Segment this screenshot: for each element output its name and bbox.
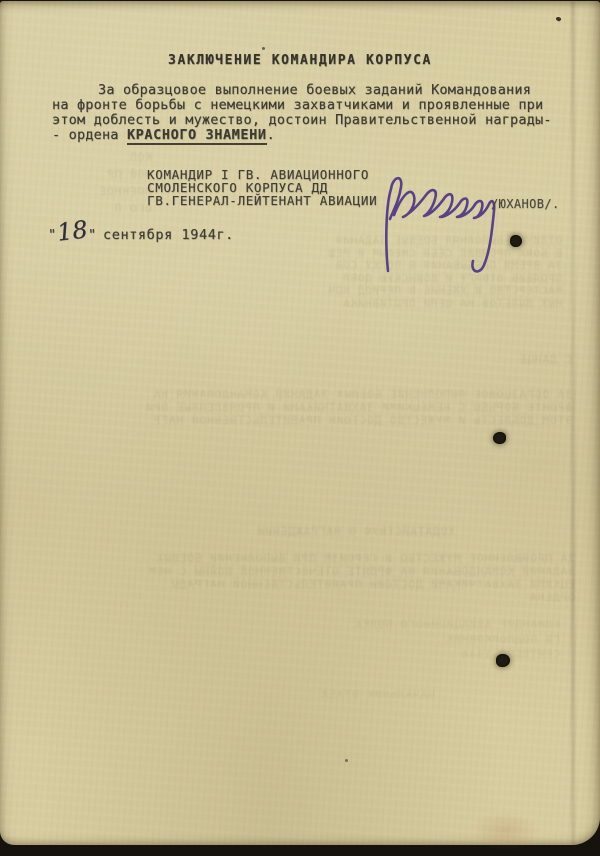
handwritten-day: 18: [55, 215, 89, 247]
citation-line-award: - ордена КРАСНОГО ЗНАМЕНИ.: [52, 128, 567, 143]
citation-line: на фронте борьбы с немецкими захватчикам…: [52, 98, 567, 113]
award-prefix: - ордена: [52, 127, 127, 143]
date-line: " 18 " сентября 1944г.: [48, 223, 268, 257]
handwritten-signature: [378, 159, 508, 299]
rust-stain: [470, 811, 540, 851]
scan-background: { "doc": { "title": "ЗАКЛЮЧЕНИЕ КОМАНДИР…: [0, 0, 600, 856]
bleedthrough-text: НАЧАЛЬНИК ШТАБА: [225, 689, 435, 702]
typed-date: сентября 1944г.: [103, 227, 234, 243]
document-title: ЗАКЛЮЧЕНИЕ КОМАНДИРА КОРПУСА: [0, 53, 600, 68]
bleedthrough-text: С ДАНЦЕЗА ОБРАЗЦОВОЕ ВЫПОЛНЕНИЕ БОЕВЫХ З…: [30, 353, 572, 427]
punch-hole: [496, 654, 510, 667]
open-quote: ": [48, 227, 56, 243]
award-name-underlined: КРАСНОГО ЗНАМЕНИ: [127, 127, 267, 145]
award-suffix: .: [267, 127, 275, 143]
citation-line: этом доблесть и мужество, достоин Правит…: [52, 113, 567, 128]
citation-line: За образцовое выполнение боевых заданий …: [52, 83, 567, 98]
citation-paragraph: За образцовое выполнение боевых заданий …: [52, 83, 567, 143]
signer-name: /ЮХАНОВ/.: [491, 197, 560, 211]
close-quote: ": [88, 227, 96, 243]
commander-line: ГВ.ГЕНЕРАЛ-ЛЕЙТЕНАНТ АВИАЦИИ: [147, 194, 377, 207]
bleedthrough-text: КОМАНДИР АВИАЦИОННОГО ПОЛКАГВ ПОДПОЛКОВН…: [225, 617, 560, 662]
punch-hole: [510, 235, 522, 247]
paper-crease: [571, 1, 575, 845]
punch-hole: [493, 432, 506, 444]
bleedthrough-text: КОПНОЙ ПР ВОЕННОЕОГО П: [2, 149, 152, 217]
bleedthrough-text: ХОДАТАЙСТВУЮ О НАГРАЖДЕНИИЗА ПРОЯВЛЕННОЕ…: [55, 525, 575, 604]
commander-title-block: КОМАНДИР I ГВ. АВИАЦИОННОГО СМОЛЕНСКОГО …: [147, 168, 377, 207]
document-page: КОПНОЙ ПР ВОЕННОЕОГО П ОТЛИЧНО ВЫПОЛНЯЛ …: [0, 1, 600, 845]
ink-speck: [555, 16, 561, 22]
ink-speck: [262, 47, 265, 50]
ink-speck: [345, 759, 348, 762]
